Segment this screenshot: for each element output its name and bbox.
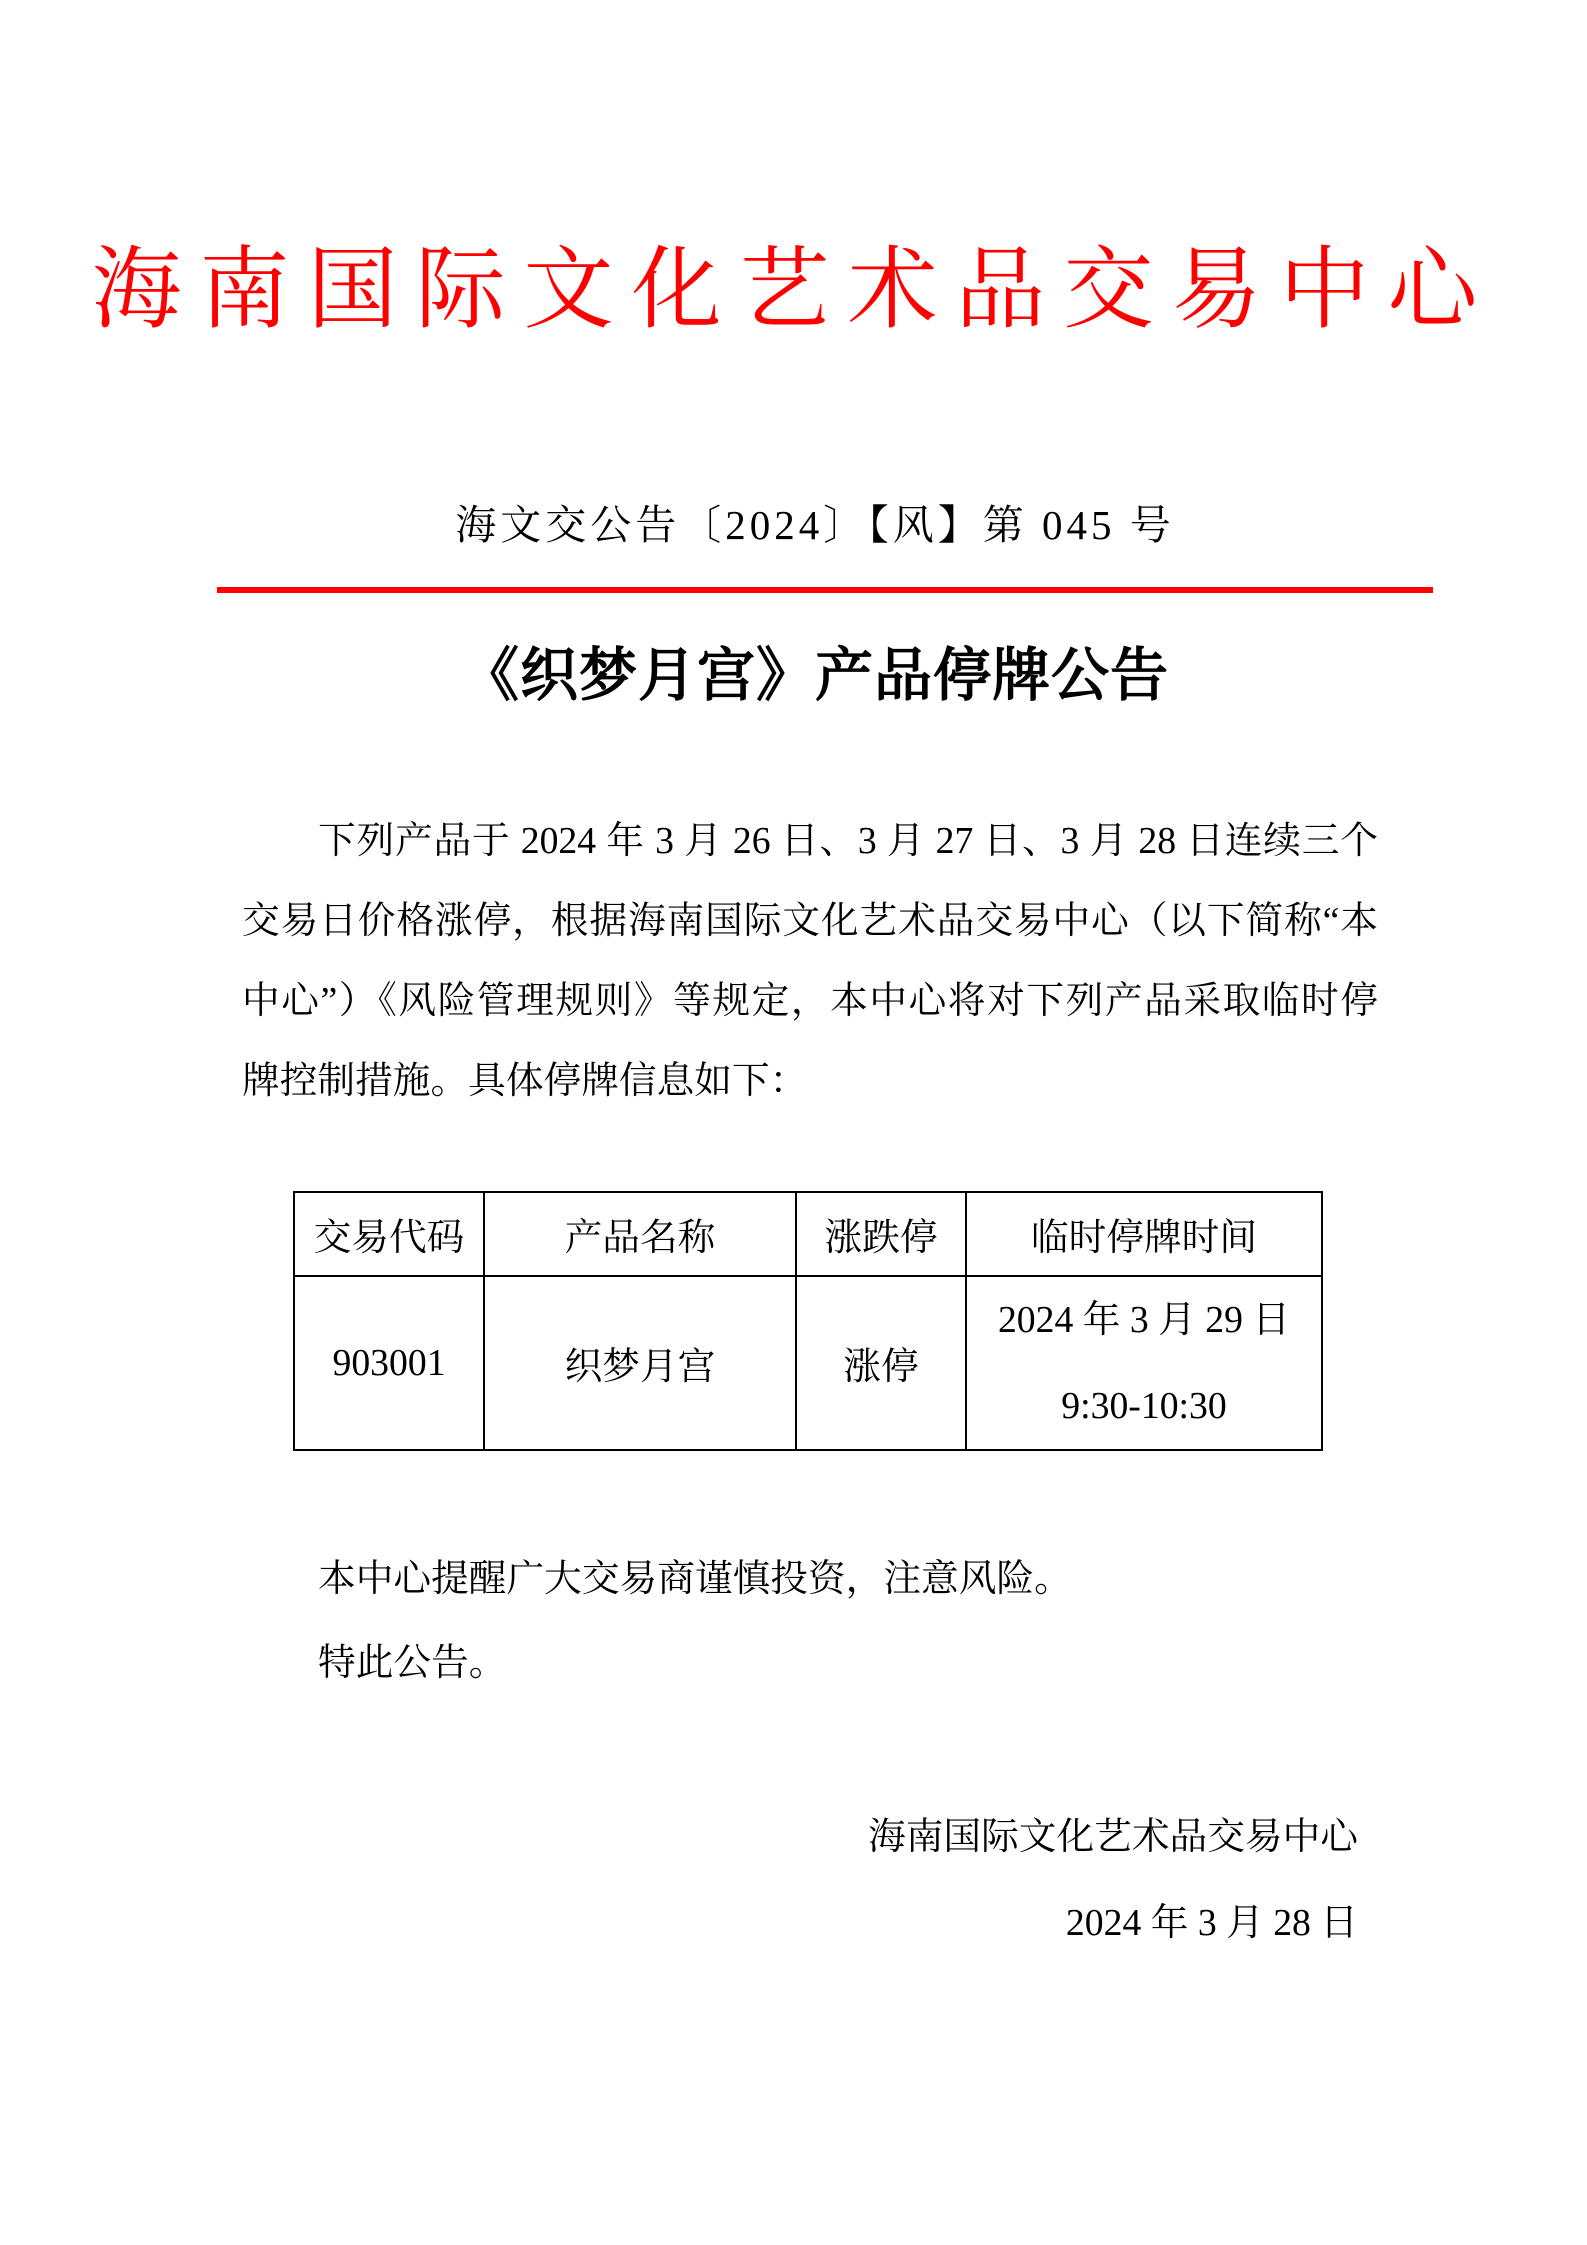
signature-block: 海南国际文化艺术品交易中心 2024 年 3 月 28 日 [242, 1794, 1358, 1966]
table-header-name: 产品名称 [484, 1192, 796, 1276]
document-number: 海文交公告〔2024〕【风】第 045 号 [220, 496, 1410, 554]
red-divider-rule [217, 587, 1433, 593]
table-cell-name: 织梦月宫 [484, 1276, 796, 1450]
table-header-row: 交易代码 产品名称 涨跌停 临时停牌时间 [294, 1192, 1322, 1276]
table-cell-code: 903001 [294, 1276, 484, 1450]
announcement-headline: 《织梦月宫》产品停牌公告 [220, 638, 1410, 714]
body-line-2: 交易日价格涨停，根据海南国际文化艺术品交易中心（以下简称“本 [242, 881, 1378, 961]
table-header-limit: 涨跌停 [796, 1192, 966, 1276]
signature-org: 海南国际文化艺术品交易中心 [242, 1794, 1358, 1880]
masthead-title: 海南国际文化艺术品交易中心 [0, 236, 1587, 346]
halt-period-line: 9:30-10:30 [967, 1363, 1321, 1449]
halt-info-table: 交易代码 产品名称 涨跌停 临时停牌时间 903001 织梦月宫 涨停 2024… [293, 1191, 1323, 1451]
closing-paragraph: 本中心提醒广大交易商谨慎投资，注意风险。 特此公告。 [242, 1537, 1378, 1705]
body-paragraph: 下列产品于 2024 年 3 月 26 日、3 月 27 日、3 月 28 日连… [242, 801, 1378, 1121]
body-line-1: 下列产品于 2024 年 3 月 26 日、3 月 27 日、3 月 28 日连… [242, 801, 1378, 881]
closing-reminder: 本中心提醒广大交易商谨慎投资，注意风险。 [242, 1537, 1378, 1621]
table-header-halt-time: 临时停牌时间 [966, 1192, 1322, 1276]
closing-notice: 特此公告。 [242, 1621, 1378, 1705]
table-cell-halt-time: 2024 年 3 月 29 日 9:30-10:30 [966, 1276, 1322, 1450]
table-row: 903001 织梦月宫 涨停 2024 年 3 月 29 日 9:30-10:3… [294, 1276, 1322, 1450]
body-line-4: 牌控制措施。具体停牌信息如下： [242, 1041, 1378, 1121]
halt-date-line: 2024 年 3 月 29 日 [967, 1277, 1321, 1363]
announcement-document: 海南国际文化艺术品交易中心 海文交公告〔2024〕【风】第 045 号 《织梦月… [0, 0, 1587, 2245]
table-cell-limit: 涨停 [796, 1276, 966, 1450]
signature-date: 2024 年 3 月 28 日 [242, 1880, 1358, 1966]
body-line-3: 中心”）《风险管理规则》等规定，本中心将对下列产品采取临时停 [242, 961, 1378, 1041]
table-header-code: 交易代码 [294, 1192, 484, 1276]
